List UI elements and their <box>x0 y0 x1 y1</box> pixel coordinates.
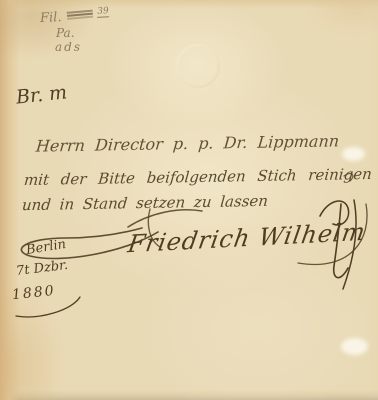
pencil-annotation-1: Fil.39 <box>40 6 110 26</box>
signature-cross-stroke <box>128 210 202 227</box>
dateline-place: Berlin <box>25 237 67 258</box>
pencil-annotation-prefix: Fil. <box>40 10 62 26</box>
dateline-date: 7t Dzbr. <box>15 258 69 279</box>
pencil-annotation-3: ads <box>55 40 82 54</box>
ink-note: Br. m <box>15 81 68 108</box>
dateline-year: 1880 <box>11 283 56 303</box>
scratched-out-word <box>67 13 93 17</box>
pencil-annotation-number: 39 <box>97 6 109 18</box>
body-line-2: mit der Bitte beifolgenden Stich reinige… <box>23 165 372 189</box>
signature-text: Friedrich Wilhelm <box>126 218 368 259</box>
embossed-stamp <box>176 44 220 88</box>
paper-abrasion-spot-lower <box>341 338 368 355</box>
letter-paper: Fil.39 Pa. ads Br. m Herrn Director p. p… <box>0 0 378 400</box>
pencil-annotation-2: Pa. <box>56 26 75 40</box>
body-line-3: und in Stand setzen zu lassen <box>21 192 269 214</box>
paper-abrasion-spot-upper <box>342 147 365 161</box>
body-salutation: Herrn Director p. p. Dr. Lippmann <box>35 131 340 155</box>
